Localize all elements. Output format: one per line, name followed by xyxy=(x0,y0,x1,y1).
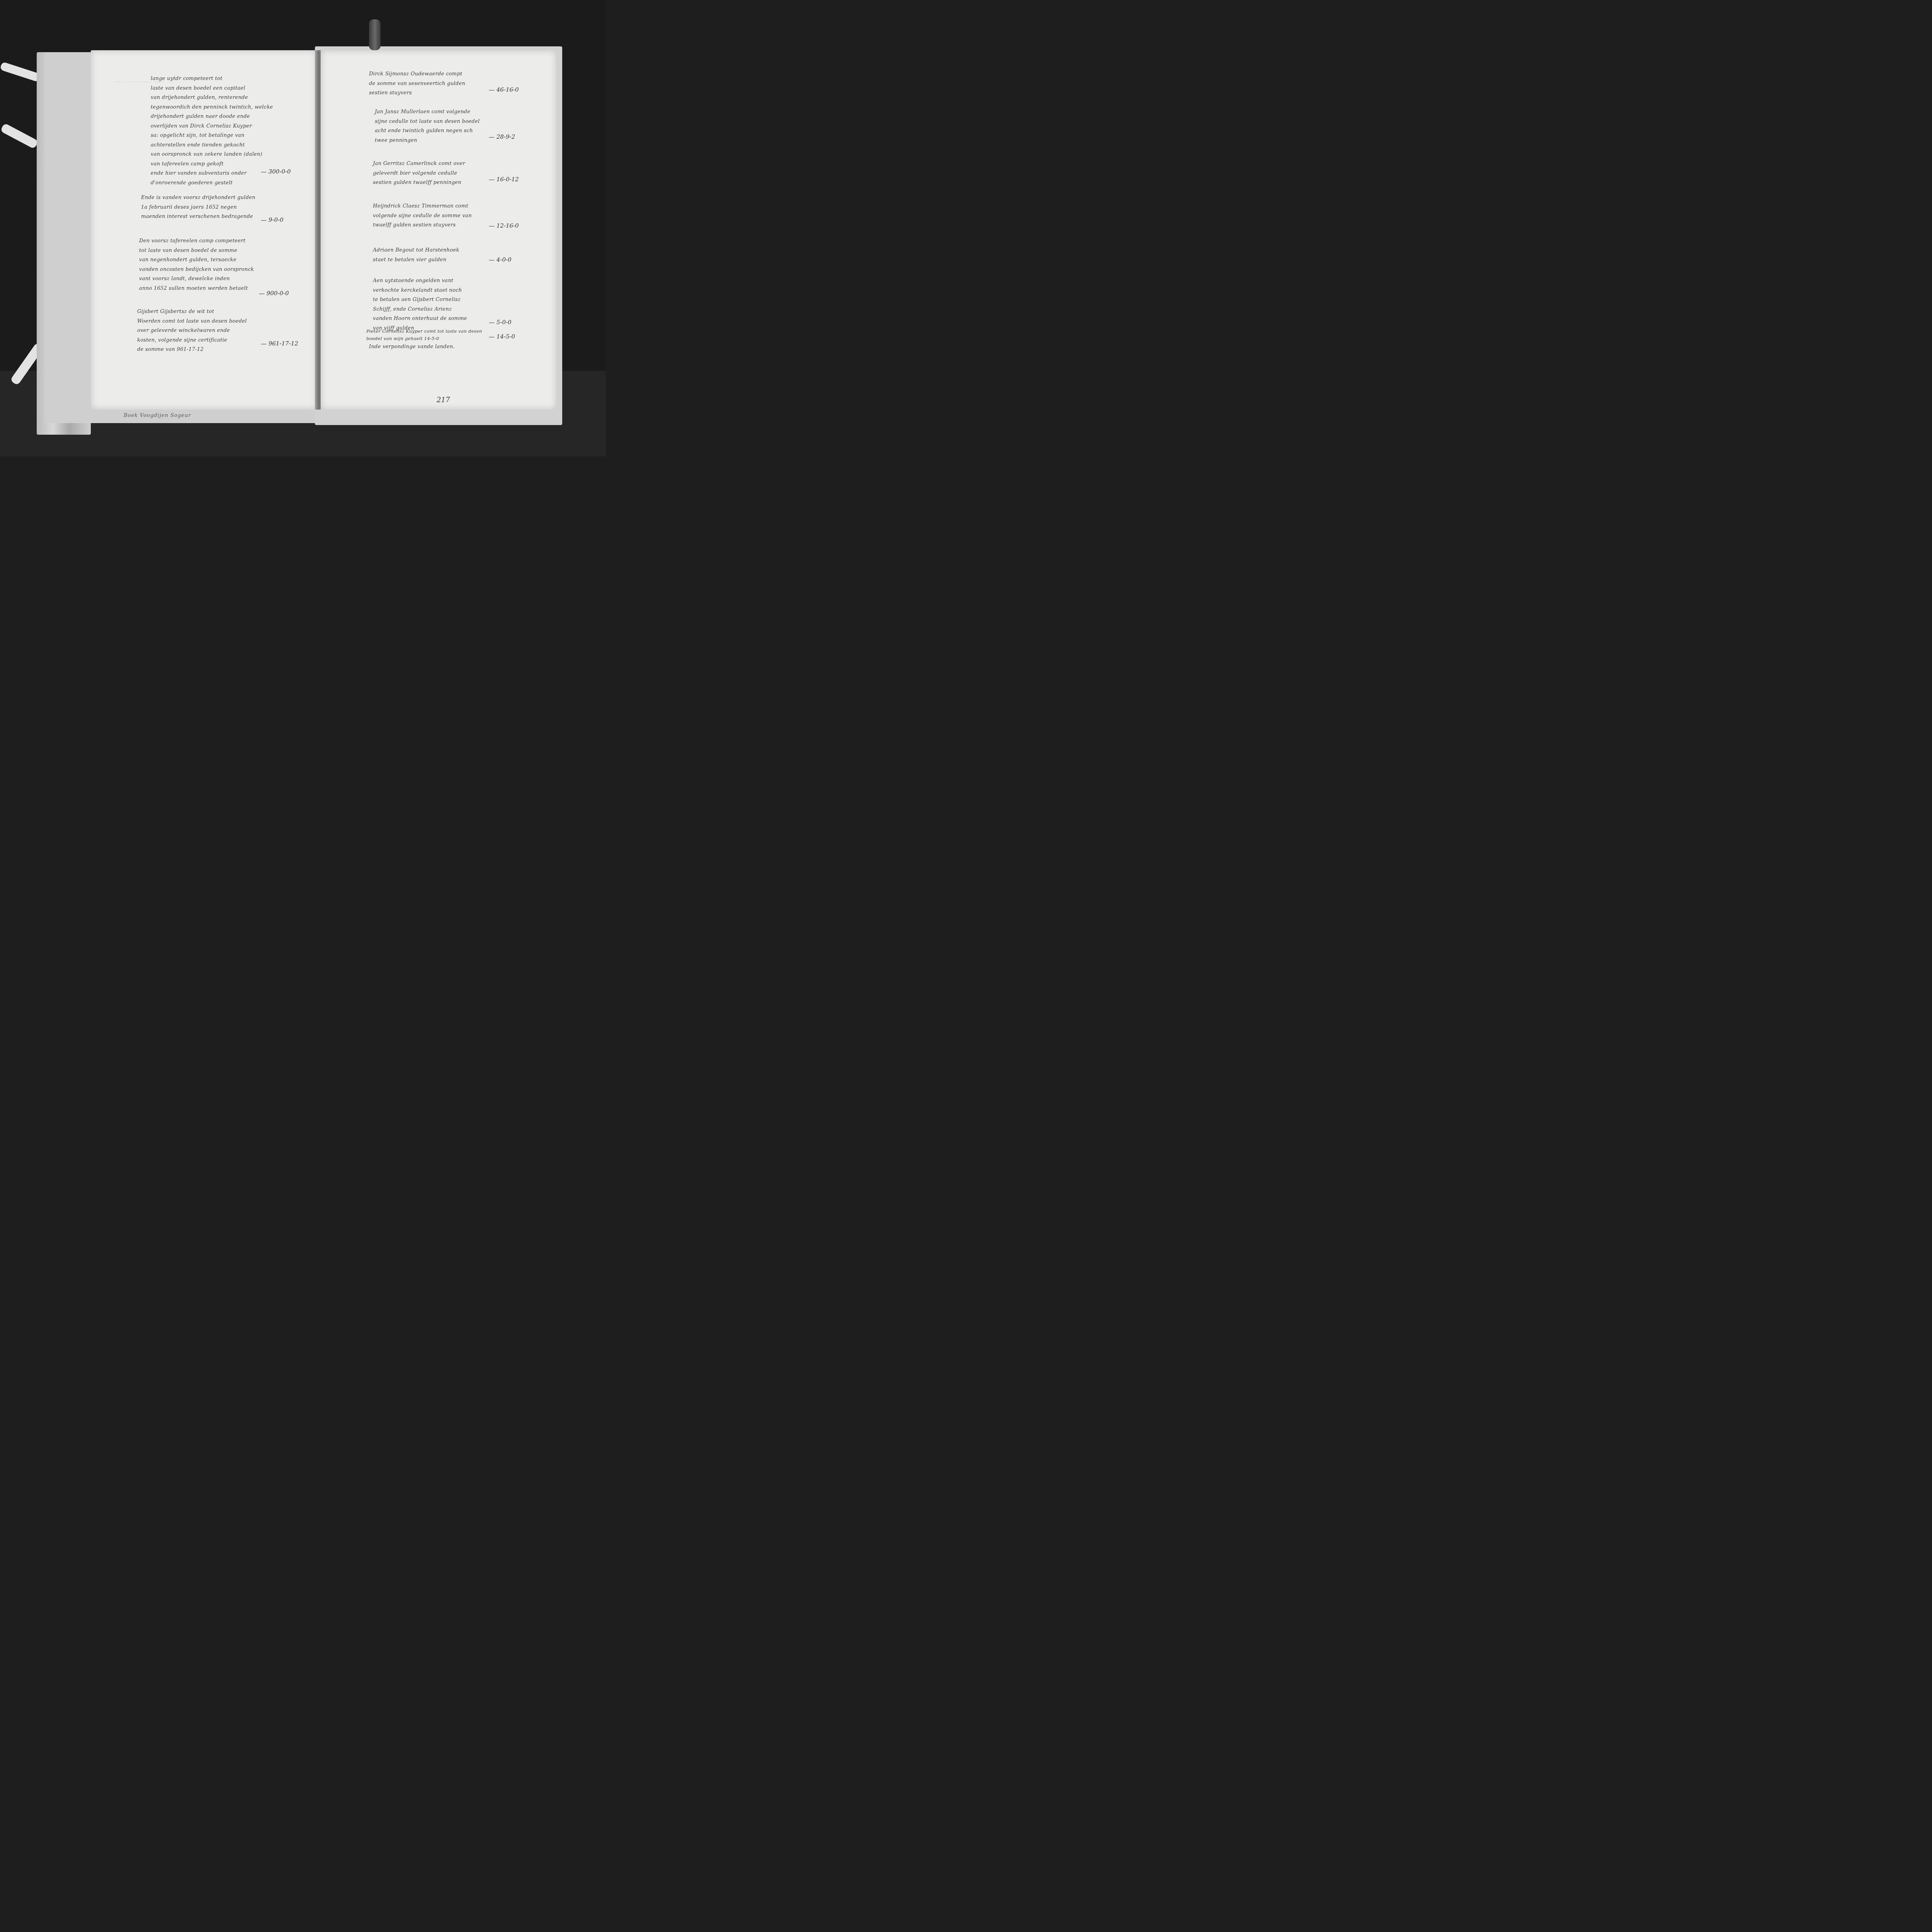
spine-clasp xyxy=(369,19,381,50)
entry-amount: 4-0-0 xyxy=(489,256,512,263)
folio-number: 217 xyxy=(437,396,450,404)
entry-line: van drijehondert gulden, renterende xyxy=(151,93,273,103)
entry-line: van tafereelen camp gekoft xyxy=(151,160,273,169)
entry-line: sa: opgelicht sijn, tot betalinge van xyxy=(151,131,273,141)
entry-line: lange uytdr competeert tot xyxy=(151,74,273,84)
entry-line: 1a februarii deses jaers 1652 negen xyxy=(141,203,255,213)
ledger-entry-1: lange uytdr competeert tot laste van des… xyxy=(151,74,273,188)
entry-line: Gijsbert Gijsbertsz de wit tot xyxy=(137,307,247,317)
entry-line: acht ende twintich gulden negen sch xyxy=(375,126,480,136)
entry-line: te betalen aen Gijsbert Cornelisz xyxy=(373,295,467,305)
entry-line: geleverdt bier volgende cedulle xyxy=(373,169,465,179)
entry-line: ende hier vanden subventaris onder xyxy=(151,169,273,179)
entry-line: maenden interest verschenen bedragende xyxy=(141,212,255,222)
entry-line: boedel van wijn gehaelt 14-5-0 xyxy=(366,335,482,342)
entry-line: sestien gulden twaelff penningen xyxy=(373,178,465,188)
ledger-entry-3: Den voorsz tafereelen camp competeert to… xyxy=(139,236,254,293)
ledger-entry-5: Adriaen Begout tot Harstenhoek staet te … xyxy=(373,246,459,265)
entry-line: de somme van sesenveertich gulden xyxy=(369,79,465,89)
entry-line: twee penningen xyxy=(375,136,480,146)
entry-amount: 16-0-12 xyxy=(489,176,519,183)
entry-line: vant voorsz landt, dewelcke inden xyxy=(139,274,254,284)
entry-amount: 9-0-0 xyxy=(261,216,284,223)
entry-line: Pieter Cornelisz Kuyper comt tot laste v… xyxy=(366,328,482,335)
entry-amount: 961-17-12 xyxy=(261,340,298,347)
entry-line: sijne cedulle tot laste van desen boedel xyxy=(375,117,480,127)
entry-line: twaelff gulden sestien stuyvers xyxy=(373,221,472,230)
entry-line: volgende sijne cedulle de somme van xyxy=(373,211,472,221)
ledger-entry-3: Jan Gerritsz Camerlinck comt over geleve… xyxy=(373,159,465,188)
entry-line: tot laste van desen boedel de somme xyxy=(139,246,254,256)
entry-amount: 12-16-0 xyxy=(489,222,519,229)
entry-line: Aen uytstaende ongelden vant xyxy=(373,276,467,286)
entry-line: Heijndrick Claesz Timmerman comt xyxy=(373,202,472,211)
entry-line: laste van desen boedel een capitael xyxy=(151,84,273,94)
entry-line: vanden Hoorn onterhuut de somme xyxy=(373,314,467,324)
entry-line: Schijff, ende Cornelisz Arienz xyxy=(373,305,467,315)
entry-amount: 900-0-0 xyxy=(259,290,289,297)
entry-line: Dirck Sijmonsz Oudewaerde compt xyxy=(369,70,465,79)
entry-line: staet te betalen vier gulden xyxy=(373,255,459,265)
ledger-entry-4: Heijndrick Claesz Timmerman comt volgend… xyxy=(373,202,472,230)
entry-line: verkochte kerckelandt staet noch xyxy=(373,286,467,296)
entry-amount: 300-0-0 xyxy=(261,168,291,175)
entry-line: tegenwoordich den penninck twintich, wel… xyxy=(151,103,273,112)
entry-line: vanden oncosten bedijcken van oorspronck xyxy=(139,265,254,275)
entry-line: achterstellen ende tienden gekocht xyxy=(151,141,273,150)
entry-line: sestien stuyvers xyxy=(369,88,465,98)
left-page: ~~~ ~~ ~~~~ ~~~ lange uytdr competeert t… xyxy=(91,50,317,410)
ledger-entry-2: Ende is vanden voorsz drijehondert gulde… xyxy=(141,193,255,222)
entry-amount: 46-16-0 xyxy=(489,86,519,93)
ledger-entry-6: Aen uytstaende ongelden vant verkochte k… xyxy=(373,276,467,333)
entry-line: Jan Gerritsz Camerlinck comt over xyxy=(373,159,465,169)
entry-line: Jan Jansz Mullerlaen comt volgende xyxy=(375,107,480,117)
entry-line: overlijden van Dirck Cornelisz Kuyper xyxy=(151,122,273,131)
entry-line: Woerden comt tot laste van desen boedel xyxy=(137,317,247,327)
entry-line: van oorspronck van zekere landen (dalen) xyxy=(151,150,273,160)
entry-amount: 14-5-0 xyxy=(489,333,515,340)
entry-line: d'onroerende goederen gestelt xyxy=(151,179,273,188)
ledger-entry-1: Dirck Sijmonsz Oudewaerde compt de somme… xyxy=(369,70,465,98)
entry-line: kosten, volgende sijne certificatie xyxy=(137,336,247,345)
right-page: Dirck Sijmonsz Oudewaerde compt de somme… xyxy=(321,50,556,410)
bottom-edge-inscription: Boek Voogdijen Sogeur xyxy=(124,413,191,418)
entry-line: Adriaen Begout tot Harstenhoek xyxy=(373,246,459,255)
entry-amount: 5-0-0 xyxy=(489,319,512,326)
entry-line: de somme van 961-17-12 xyxy=(137,345,247,355)
entry-line: over geleverde winckelwaren ende xyxy=(137,326,247,336)
entry-amount: 28-9-2 xyxy=(489,133,515,140)
entry-line: Inde verpondinge vande landen. xyxy=(369,342,455,352)
entry-line: Den voorsz tafereelen camp competeert xyxy=(139,236,254,246)
entry-line: drijehondert gulden naer doode ende xyxy=(151,112,273,122)
entry-line: van negenhondert gulden, tersaecke xyxy=(139,255,254,265)
ledger-entry-2: Jan Jansz Mullerlaen comt volgende sijne… xyxy=(375,107,480,145)
ledger-entry-7: Pieter Cornelisz Kuyper comt tot laste v… xyxy=(366,328,482,342)
ledger-entry-8: Inde verpondinge vande landen. xyxy=(369,342,455,352)
ledger-entry-4: Gijsbert Gijsbertsz de wit tot Woerden c… xyxy=(137,307,247,355)
entry-line: anno 1652 sullen moeten werden betaelt xyxy=(139,284,254,294)
entry-line: Ende is vanden voorsz drijehondert gulde… xyxy=(141,193,255,203)
